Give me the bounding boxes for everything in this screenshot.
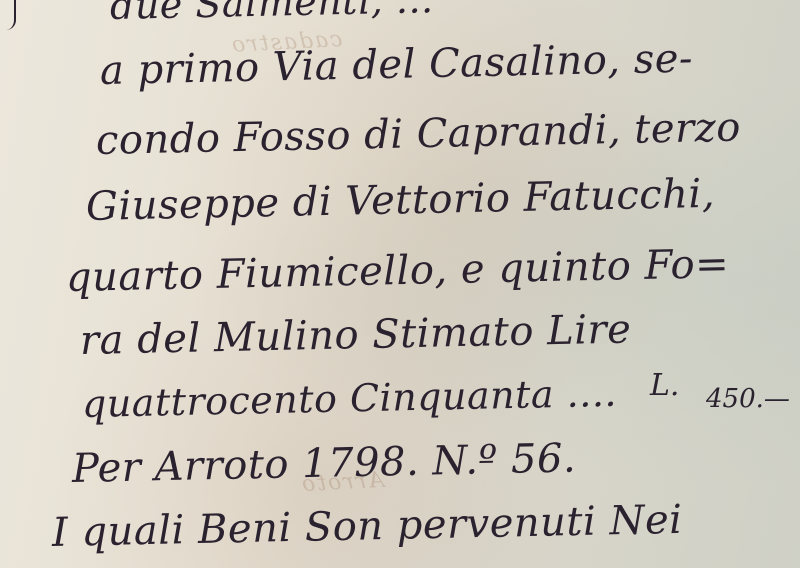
amount-currency-mark: L. — [650, 368, 679, 403]
margin-stroke — [0, 0, 16, 30]
amount-value: 450.— — [706, 384, 790, 414]
